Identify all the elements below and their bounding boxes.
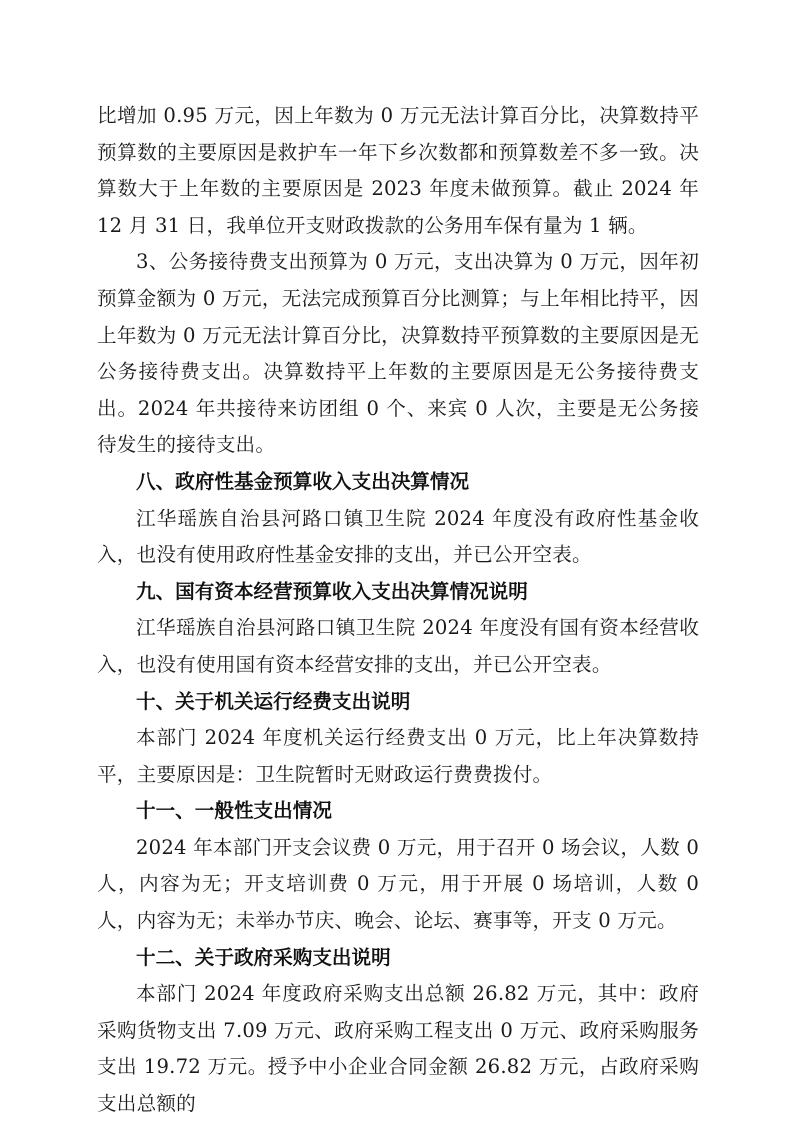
- heading-procurement: 十二、关于政府采购支出说明: [97, 940, 699, 977]
- paragraph-government-fund: 江华瑶族自治县河路口镇卫生院 2024 年度没有政府性基金收入，也没有使用政府性…: [97, 501, 699, 574]
- paragraph-general-expense: 2024 年本部门开支会议费 0 万元，用于召开 0 场会议，人数 0 人，内容…: [97, 830, 699, 940]
- paragraph-operating-expense: 本部门 2024 年度机关运行经费支出 0 万元，比上年决算数持平，主要原因是：…: [97, 720, 699, 793]
- heading-general-expense: 十一、一般性支出情况: [97, 793, 699, 830]
- paragraph-procurement: 本部门 2024 年度政府采购支出总额 26.82 万元，其中：政府采购货物支出…: [97, 976, 699, 1122]
- paragraph-state-capital: 江华瑶族自治县河路口镇卫生院 2024 年度没有国有资本经营收入，也没有使用国有…: [97, 610, 699, 683]
- paragraph-reception-expense: 3、公务接待费支出预算为 0 万元，支出决算为 0 万元，因年初预算金额为 0 …: [97, 244, 699, 464]
- document-page: 比增加 0.95 万元，因上年数为 0 万元无法计算百分比，决算数持平预算数的主…: [97, 98, 699, 1122]
- paragraph-vehicle-continuation: 比增加 0.95 万元，因上年数为 0 万元无法计算百分比，决算数持平预算数的主…: [97, 98, 699, 244]
- heading-operating-expense: 十、关于机关运行经费支出说明: [97, 684, 699, 721]
- heading-state-capital: 九、国有资本经营预算收入支出决算情况说明: [97, 574, 699, 611]
- heading-government-fund: 八、政府性基金预算收入支出决算情况: [97, 464, 699, 501]
